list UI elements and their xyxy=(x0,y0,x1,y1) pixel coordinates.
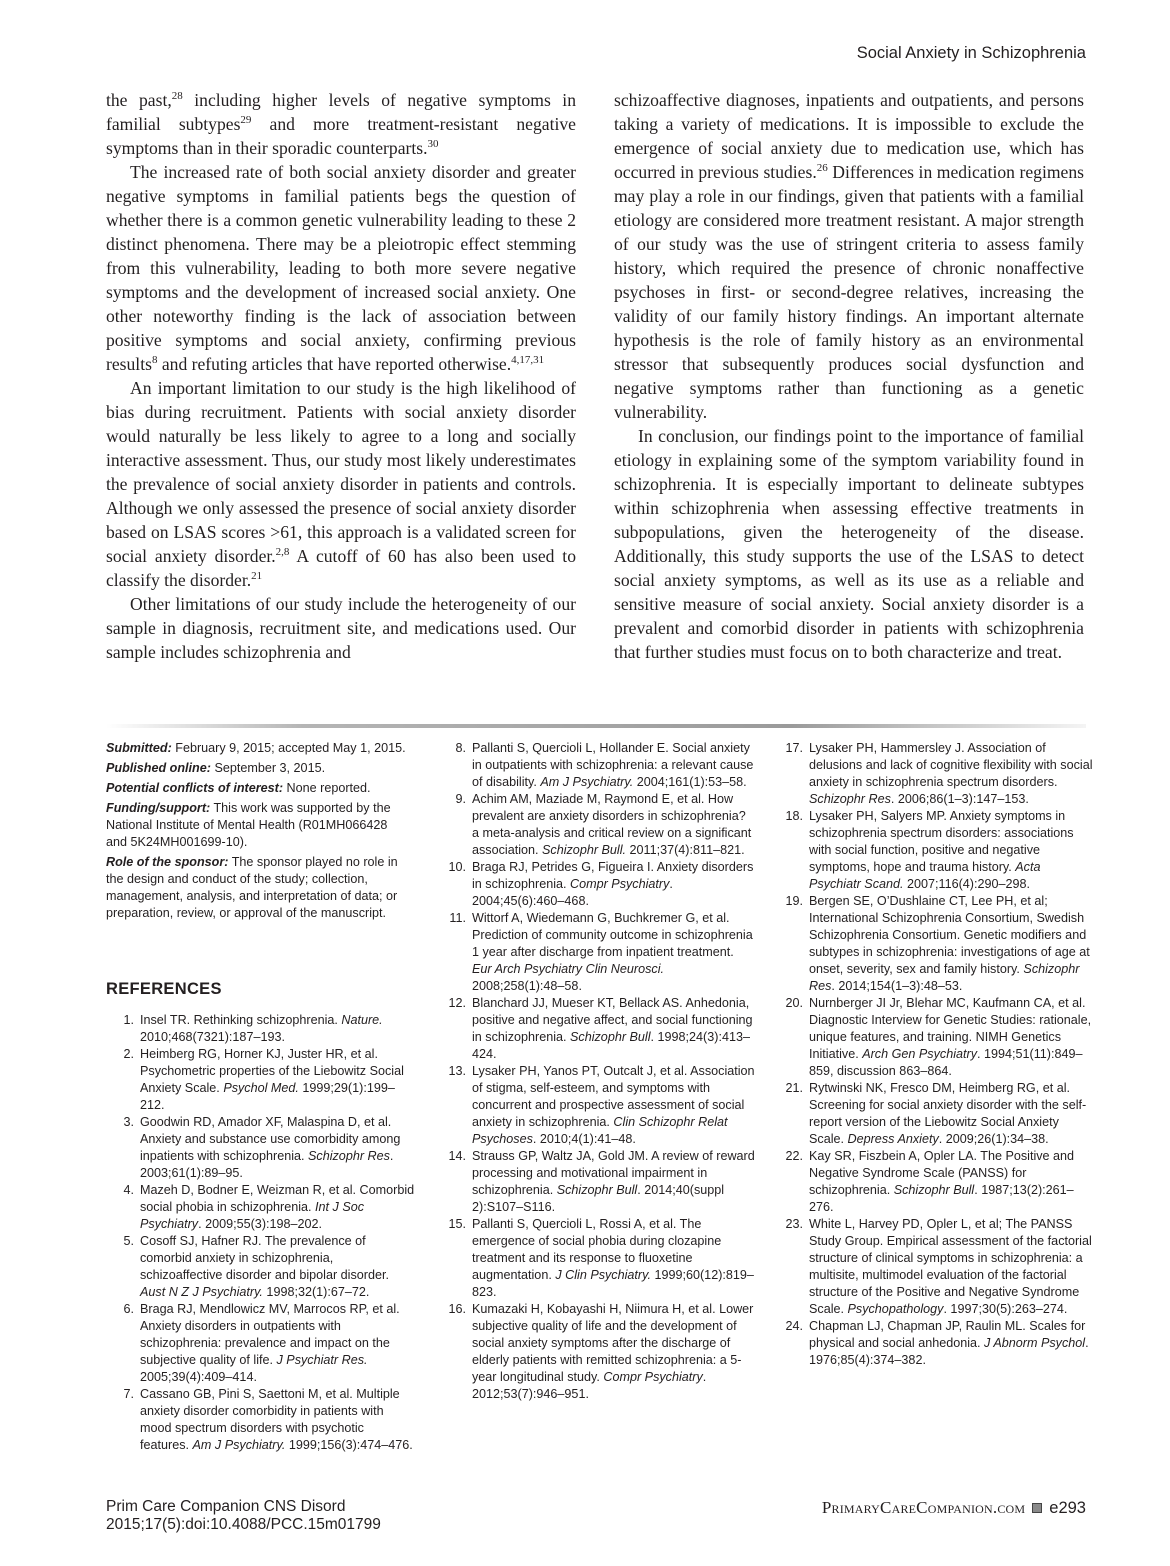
note-conflicts: Potential conflicts of interest: None re… xyxy=(106,780,406,797)
reference-number: 20. xyxy=(775,995,803,1012)
reference-number: 24. xyxy=(775,1318,803,1335)
reference-list-col1: 1.Insel TR. Rethinking schizophrenia. Na… xyxy=(106,1012,416,1454)
reference-item: 19.Bergen SE, O’Dushlaine CT, Lee PH, et… xyxy=(775,893,1093,995)
reference-item: 15.Pallanti S, Quercioli L, Rossi A, et … xyxy=(438,1216,756,1301)
reference-journal: Am J Psychiatry. xyxy=(193,1438,286,1452)
reference-number: 19. xyxy=(775,893,803,910)
reference-number: 6. xyxy=(106,1301,134,1318)
reference-journal: Schizophr Bull xyxy=(894,1183,975,1197)
reference-number: 4. xyxy=(106,1182,134,1199)
paragraph: schizoaffective diagnoses, inpatients an… xyxy=(614,88,1084,424)
reference-item: 4.Mazeh D, Bodner E, Weizman R, et al. C… xyxy=(106,1182,416,1233)
reference-number: 9. xyxy=(438,791,466,808)
reference-journal: J Psychiatr Res. xyxy=(277,1353,368,1367)
reference-item: 24.Chapman LJ, Chapman JP, Raulin ML. Sc… xyxy=(775,1318,1093,1369)
body-column-right: schizoaffective diagnoses, inpatients an… xyxy=(614,88,1084,664)
reference-journal: J Abnorm Psychol xyxy=(984,1336,1085,1350)
reference-journal: Compr Psychiatry xyxy=(603,1370,702,1384)
reference-item: 1.Insel TR. Rethinking schizophrenia. Na… xyxy=(106,1012,416,1046)
reference-details: . 2009;26(1):34–38. xyxy=(939,1132,1049,1146)
journal-citation: Prim Care Companion CNS Disord 2015;17(5… xyxy=(106,1498,381,1534)
reference-number: 18. xyxy=(775,808,803,825)
reference-journal: Psychol Med. xyxy=(223,1081,299,1095)
reference-item: 3.Goodwin RD, Amador XF, Malaspina D, et… xyxy=(106,1114,416,1182)
reference-details: . 1997;30(5):263–274. xyxy=(943,1302,1067,1316)
site-link[interactable]: PrimaryCareCompanion.com xyxy=(822,1498,1025,1518)
reference-item: 2.Heimberg RG, Horner KJ, Juster HR, et … xyxy=(106,1046,416,1114)
reference-details: 1998;32(1):67–72. xyxy=(263,1285,369,1299)
reference-number: 16. xyxy=(438,1301,466,1318)
reference-details: 2011;37(4):811–821. xyxy=(626,843,745,857)
reference-number: 17. xyxy=(775,740,803,757)
reference-item: 20.Nurnberger JI Jr, Blehar MC, Kaufmann… xyxy=(775,995,1093,1080)
reference-journal: Arch Gen Psychiatry xyxy=(862,1047,977,1061)
reference-item: 16.Kumazaki H, Kobayashi H, Niimura H, e… xyxy=(438,1301,756,1403)
paragraph: the past,28 including higher levels of n… xyxy=(106,88,576,160)
reference-item: 7.Cassano GB, Pini S, Saettoni M, et al.… xyxy=(106,1386,416,1454)
reference-item: 9.Achim AM, Maziade M, Raymond E, et al.… xyxy=(438,791,756,859)
running-title: Social Anxiety in Schizophrenia xyxy=(857,44,1086,63)
note-published: Published online: September 3, 2015. xyxy=(106,760,406,777)
reference-number: 21. xyxy=(775,1080,803,1097)
reference-item: 21.Rytwinski NK, Fresco DM, Heimberg RG,… xyxy=(775,1080,1093,1148)
reference-number: 7. xyxy=(106,1386,134,1403)
reference-journal: Am J Psychiatry. xyxy=(540,775,633,789)
reference-text: Insel TR. Rethinking schizophrenia. xyxy=(140,1013,341,1027)
reference-list-col3: 17.Lysaker PH, Hammersley J. Association… xyxy=(775,740,1093,1369)
reference-journal: Nature. xyxy=(341,1013,382,1027)
reference-item: 13.Lysaker PH, Yanos PT, Outcalt J, et a… xyxy=(438,1063,756,1148)
reference-journal: Aust N Z J Psychiatry. xyxy=(140,1285,263,1299)
reference-number: 14. xyxy=(438,1148,466,1165)
reference-details: 1999;156(3):474–476. xyxy=(285,1438,412,1452)
reference-number: 12. xyxy=(438,995,466,1012)
reference-item: 8.Pallanti S, Quercioli L, Hollander E. … xyxy=(438,740,756,791)
reference-journal: Depress Anxiety xyxy=(848,1132,939,1146)
reference-item: 11.Wittorf A, Wiedemann G, Buchkremer G,… xyxy=(438,910,756,995)
journal-name: Prim Care Companion CNS Disord xyxy=(106,1498,381,1516)
page-number: e293 xyxy=(1049,1499,1086,1518)
article-notes: Submitted: February 9, 2015; accepted Ma… xyxy=(106,740,406,925)
reference-number: 2. xyxy=(106,1046,134,1063)
reference-text: Wittorf A, Wiedemann G, Buchkremer G, et… xyxy=(472,911,753,959)
reference-journal: Schizophr Res xyxy=(809,792,891,806)
reference-text: Cosoff SJ, Hafner RJ. The prevalence of … xyxy=(140,1234,389,1282)
reference-journal: Psychopathology xyxy=(848,1302,944,1316)
paragraph: In conclusion, our findings point to the… xyxy=(614,424,1084,664)
reference-item: 22.Kay SR, Fiszbein A, Opler LA. The Pos… xyxy=(775,1148,1093,1216)
reference-number: 5. xyxy=(106,1233,134,1250)
reference-details: 2004;161(1):53–58. xyxy=(633,775,746,789)
reference-details: . 2009;55(3):198–202. xyxy=(198,1217,322,1231)
reference-journal: J Clin Psychiatry. xyxy=(555,1268,651,1282)
reference-details: . 2010;4(1):41–48. xyxy=(533,1132,636,1146)
note-submitted: Submitted: February 9, 2015; accepted Ma… xyxy=(106,740,406,757)
square-bullet-icon xyxy=(1032,1503,1042,1513)
reference-text: Lysaker PH, Hammersley J. Association of… xyxy=(809,741,1093,789)
reference-number: 22. xyxy=(775,1148,803,1165)
reference-journal: Eur Arch Psychiatry Clin Neurosci. xyxy=(472,962,664,976)
reference-details: 2007;116(4):290–298. xyxy=(904,877,1031,891)
reference-item: 14.Strauss GP, Waltz JA, Gold JM. A revi… xyxy=(438,1148,756,1216)
reference-item: 18.Lysaker PH, Salyers MP. Anxiety sympt… xyxy=(775,808,1093,893)
reference-details: . 2006;86(1–3):147–153. xyxy=(891,792,1029,806)
note-sponsor-role: Role of the sponsor: The sponsor played … xyxy=(106,854,406,922)
section-divider xyxy=(106,724,1086,728)
body-column-left: the past,28 including higher levels of n… xyxy=(106,88,576,664)
reference-number: 3. xyxy=(106,1114,134,1131)
reference-journal: Schizophr Bull xyxy=(557,1183,638,1197)
reference-item: 5.Cosoff SJ, Hafner RJ. The prevalence o… xyxy=(106,1233,416,1301)
reference-item: 6.Braga RJ, Mendlowicz MV, Marrocos RP, … xyxy=(106,1301,416,1386)
reference-number: 11. xyxy=(438,910,466,927)
reference-details: 2005;39(4):409–414. xyxy=(140,1370,257,1384)
reference-details: . 2014;154(1–3):48–53. xyxy=(831,979,962,993)
reference-list-col2: 8.Pallanti S, Quercioli L, Hollander E. … xyxy=(438,740,756,1403)
reference-number: 1. xyxy=(106,1012,134,1029)
reference-number: 23. xyxy=(775,1216,803,1233)
paragraph: Other limitations of our study include t… xyxy=(106,592,576,664)
reference-number: 15. xyxy=(438,1216,466,1233)
reference-number: 8. xyxy=(438,740,466,757)
reference-number: 13. xyxy=(438,1063,466,1080)
reference-number: 10. xyxy=(438,859,466,876)
reference-text: Mazeh D, Bodner E, Weizman R, et al. Com… xyxy=(140,1183,414,1214)
reference-item: 17.Lysaker PH, Hammersley J. Association… xyxy=(775,740,1093,808)
reference-details: 2008;258(1):48–58. xyxy=(472,979,582,993)
paragraph: The increased rate of both social anxiet… xyxy=(106,160,576,376)
reference-journal: Schizophr Res xyxy=(308,1149,390,1163)
reference-item: 10.Braga RJ, Petrides G, Figueira I. Anx… xyxy=(438,859,756,910)
reference-journal: Schizophr Bull. xyxy=(542,843,626,857)
reference-item: 12.Blanchard JJ, Mueser KT, Bellack AS. … xyxy=(438,995,756,1063)
reference-item: 23.White L, Harvey PD, Opler L, et al; T… xyxy=(775,1216,1093,1318)
references-heading: REFERENCES xyxy=(106,980,222,999)
reference-journal: Compr Psychiatry xyxy=(570,877,669,891)
paragraph: An important limitation to our study is … xyxy=(106,376,576,592)
reference-details: 2010;468(7321):187–193. xyxy=(140,1030,285,1044)
note-funding: Funding/support: This work was supported… xyxy=(106,800,406,851)
page-footer-right: PrimaryCareCompanion.com e293 xyxy=(822,1498,1086,1518)
reference-journal: Schizophr Bull xyxy=(570,1030,651,1044)
journal-doi: 2015;17(5):doi:10.4088/PCC.15m01799 xyxy=(106,1516,381,1534)
